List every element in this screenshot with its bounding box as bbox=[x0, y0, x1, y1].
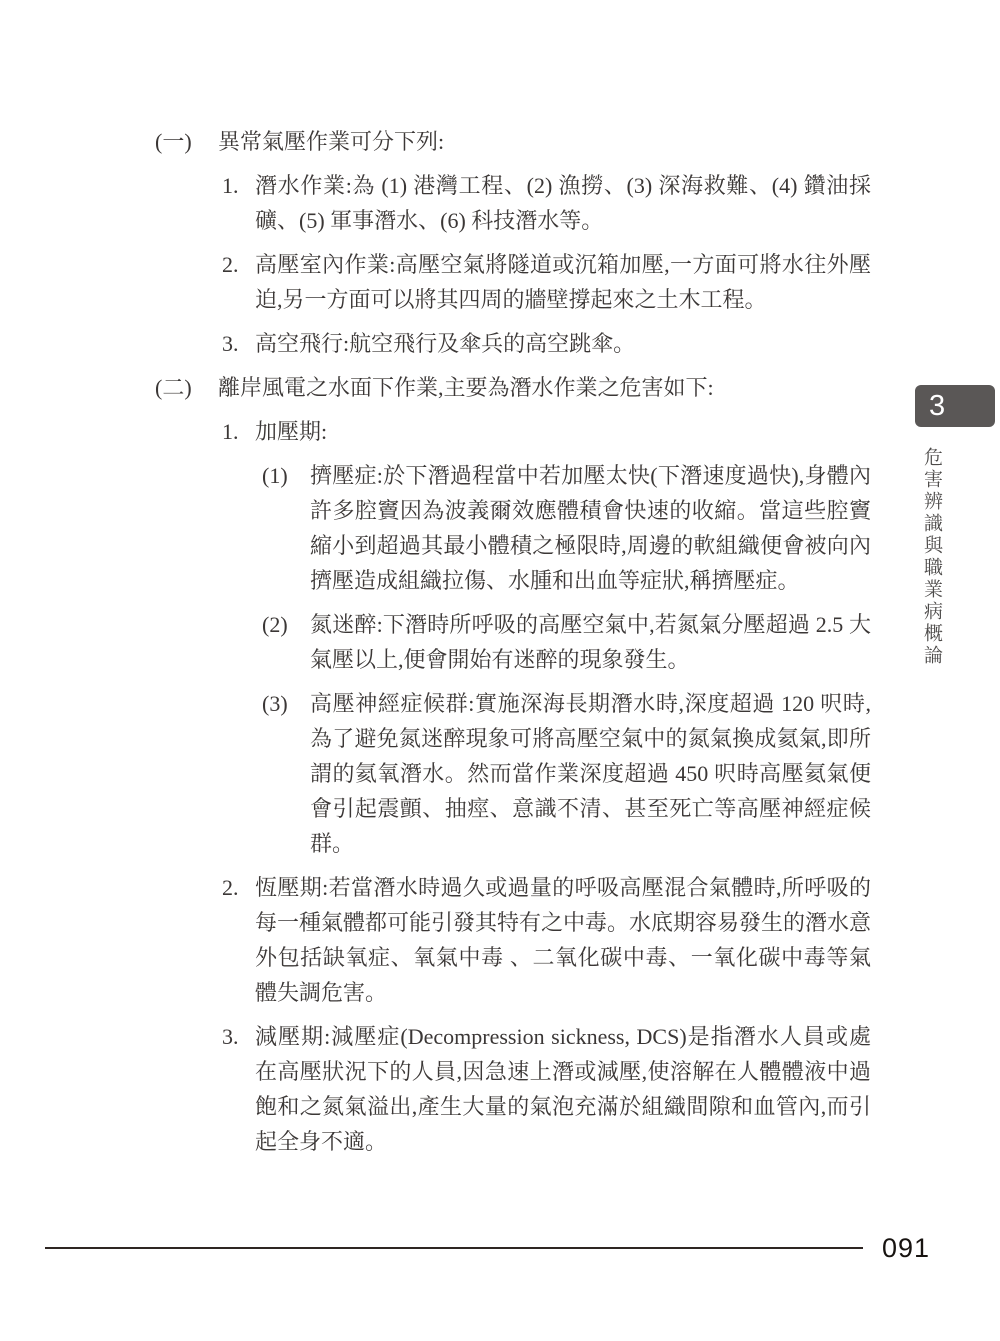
list-item-text: 加壓期: bbox=[255, 414, 871, 449]
list-item-diving-work: 1. 潛水作業:為 (1) 港灣工程、(2) 漁撈、(3) 深海救難、(4) 鑽… bbox=[222, 168, 871, 238]
sub-item-text: 高壓神經症候群:實施深海長期潛水時,深度超過 120 呎時,為了避免氮迷醉現象可… bbox=[310, 686, 871, 861]
list-item-text: 減壓期:減壓症(Decompression sickness, DCS)是指潛水… bbox=[255, 1019, 871, 1159]
list-item-number: 3. bbox=[222, 326, 255, 361]
list-item-text: 高壓室內作業:高壓空氣將隧道或沉箱加壓,一方面可將水往外壓迫,另一方面可以將其四… bbox=[255, 247, 871, 317]
sub-item-nitrogen-narcosis: (2) 氮迷醉:下潛時所呼吸的高壓空氣中,若氮氣分壓超過 2.5 大氣壓以上,便… bbox=[262, 607, 871, 677]
list-item-text: 潛水作業:為 (1) 港灣工程、(2) 漁撈、(3) 深海救難、(4) 鑽油採礦… bbox=[255, 168, 871, 238]
footer-rule bbox=[45, 1247, 863, 1249]
section-heading: 異常氣壓作業可分下列: bbox=[218, 124, 871, 159]
page-content: (一) 異常氣壓作業可分下列: 1. 潛水作業:為 (1) 港灣工程、(2) 漁… bbox=[155, 124, 871, 1168]
section-offshore-wind-underwater-work: (二) 離岸風電之水面下作業,主要為潛水作業之危害如下: 1. 加壓期: (1)… bbox=[155, 370, 871, 1159]
chapter-number: 3 bbox=[929, 390, 945, 422]
list-item-constant-pressure-phase: 2. 恆壓期:若當潛水時過久或過量的呼吸高壓混合氣體時,所呼吸的每一種氣體都可能… bbox=[222, 870, 871, 1010]
section-label: (二) bbox=[155, 370, 218, 405]
sub-item-text: 擠壓症:於下潛過程當中若加壓太快(下潛速度過快),身體內許多腔竇因為波義爾效應體… bbox=[310, 458, 871, 598]
section-label: (一) bbox=[155, 124, 218, 159]
sub-item-number: (3) bbox=[262, 686, 310, 861]
list-item-decompression-phase: 3. 減壓期:減壓症(Decompression sickness, DCS)是… bbox=[222, 1019, 871, 1159]
section-heading: 離岸風電之水面下作業,主要為潛水作業之危害如下: bbox=[218, 370, 871, 405]
sub-item-squeeze-syndrome: (1) 擠壓症:於下潛過程當中若加壓太快(下潛速度過快),身體內許多腔竇因為波義… bbox=[262, 458, 871, 598]
sub-item-number: (2) bbox=[262, 607, 310, 677]
list-item-hyperbaric-indoor-work: 2. 高壓室內作業:高壓空氣將隧道或沉箱加壓,一方面可將水往外壓迫,另一方面可以… bbox=[222, 247, 871, 317]
list-item-number: 1. bbox=[222, 168, 255, 238]
list-item-high-altitude-flight: 3. 高空飛行:航空飛行及傘兵的高空跳傘。 bbox=[222, 326, 871, 361]
sub-item-number: (1) bbox=[262, 458, 310, 598]
page-number: 091 bbox=[882, 1233, 930, 1264]
section-heading-row: (一) 異常氣壓作業可分下列: bbox=[155, 124, 871, 159]
section-abnormal-pressure-work: (一) 異常氣壓作業可分下列: 1. 潛水作業:為 (1) 港灣工程、(2) 漁… bbox=[155, 124, 871, 361]
list-item-number: 2. bbox=[222, 870, 255, 1010]
list-item-number: 3. bbox=[222, 1019, 255, 1159]
chapter-title-vertical: 危害辨識與職業病概論 bbox=[918, 447, 945, 667]
list-item-text: 恆壓期:若當潛水時過久或過量的呼吸高壓混合氣體時,所呼吸的每一種氣體都可能引發其… bbox=[255, 870, 871, 1010]
list-item-number: 1. bbox=[222, 414, 255, 449]
section-heading-row: (二) 離岸風電之水面下作業,主要為潛水作業之危害如下: bbox=[155, 370, 871, 405]
sub-item-high-pressure-nervous-syndrome: (3) 高壓神經症候群:實施深海長期潛水時,深度超過 120 呎時,為了避免氮迷… bbox=[262, 686, 871, 861]
document-page: (一) 異常氣壓作業可分下列: 1. 潛水作業:為 (1) 港灣工程、(2) 漁… bbox=[0, 0, 1000, 1341]
list-item-number: 2. bbox=[222, 247, 255, 317]
list-item-text: 高空飛行:航空飛行及傘兵的高空跳傘。 bbox=[255, 326, 871, 361]
sub-item-text: 氮迷醉:下潛時所呼吸的高壓空氣中,若氮氣分壓超過 2.5 大氣壓以上,便會開始有… bbox=[310, 607, 871, 677]
chapter-tab: 3 bbox=[915, 385, 995, 427]
list-item-compression-phase: 1. 加壓期: bbox=[222, 414, 871, 449]
